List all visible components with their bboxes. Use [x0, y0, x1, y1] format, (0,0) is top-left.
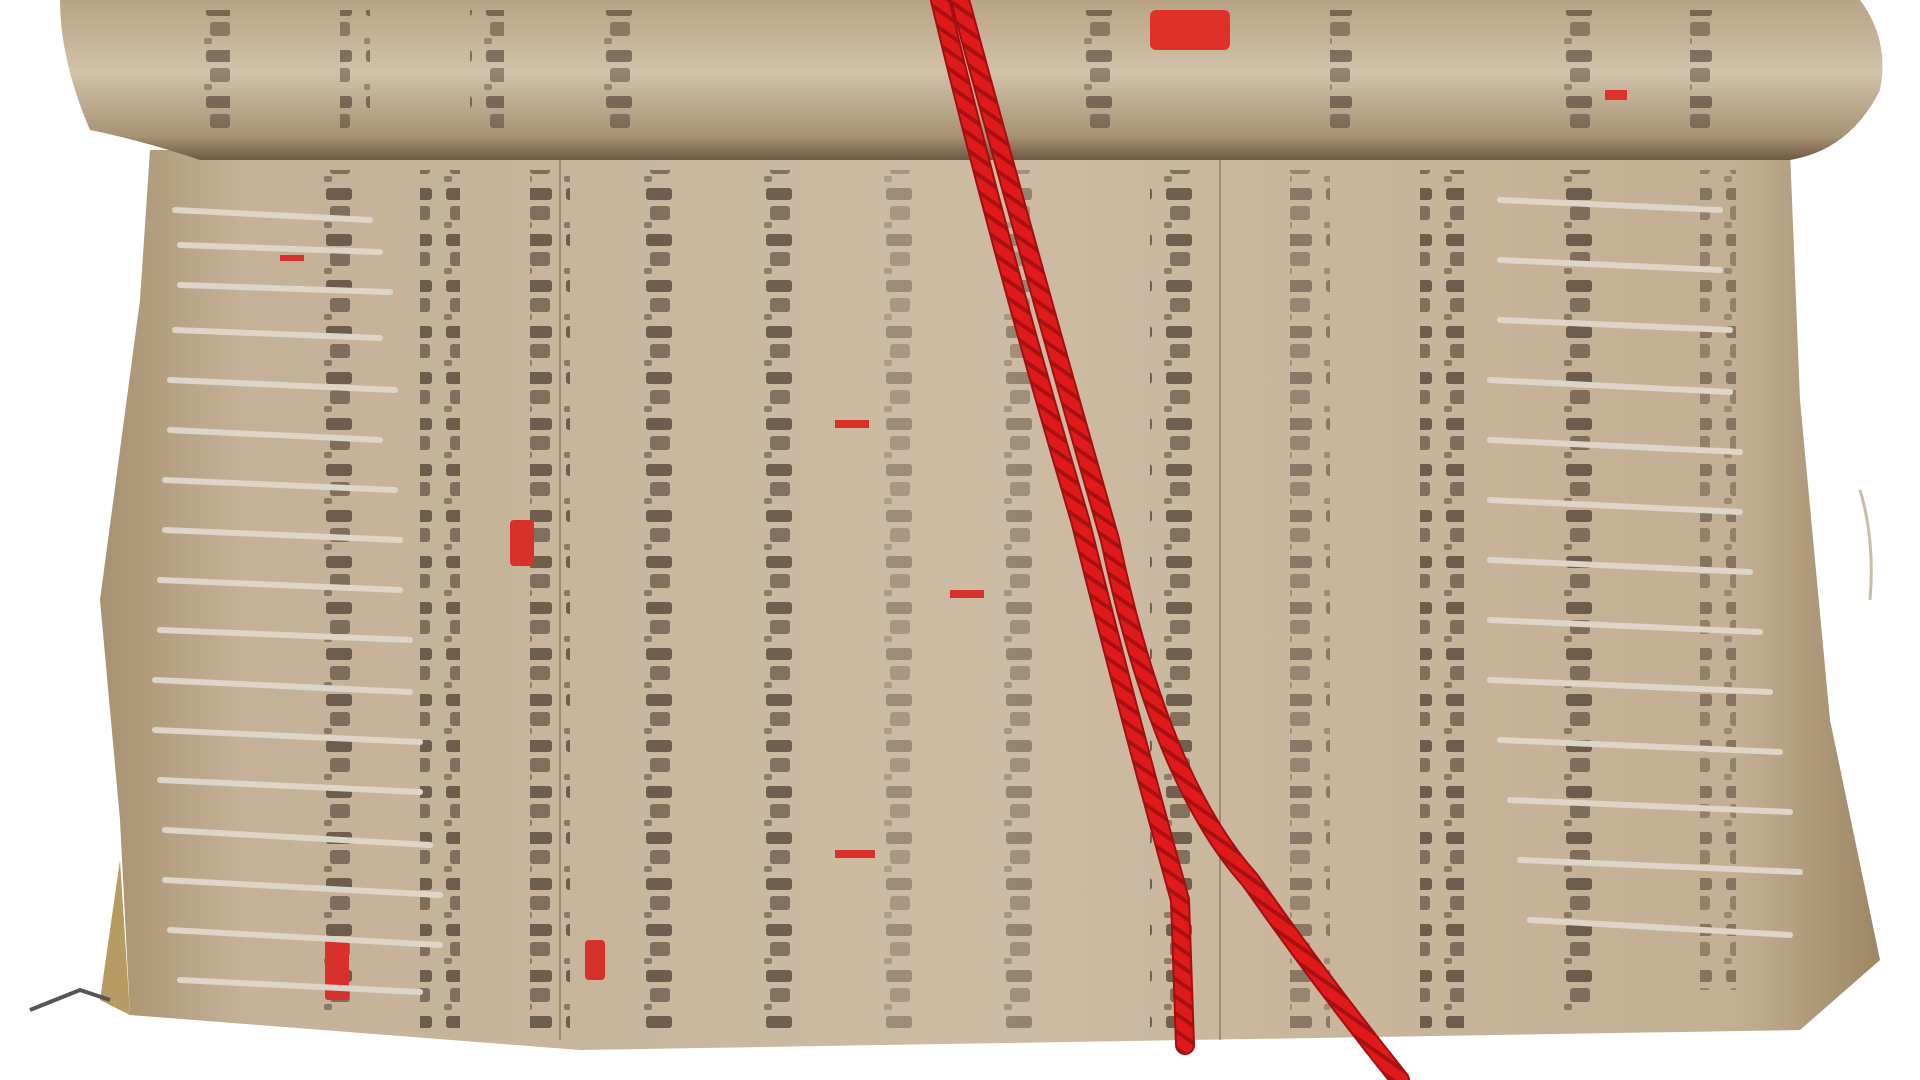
loose-thread-right [1860, 490, 1871, 600]
loose-thread-left [30, 990, 110, 1010]
manuscript-photo: Photograph of a medieval manuscript frag… [0, 0, 1920, 1080]
manuscript-illustration [0, 0, 1920, 1080]
parchment-page [100, 150, 1880, 1050]
red-initial-top [1150, 10, 1230, 50]
